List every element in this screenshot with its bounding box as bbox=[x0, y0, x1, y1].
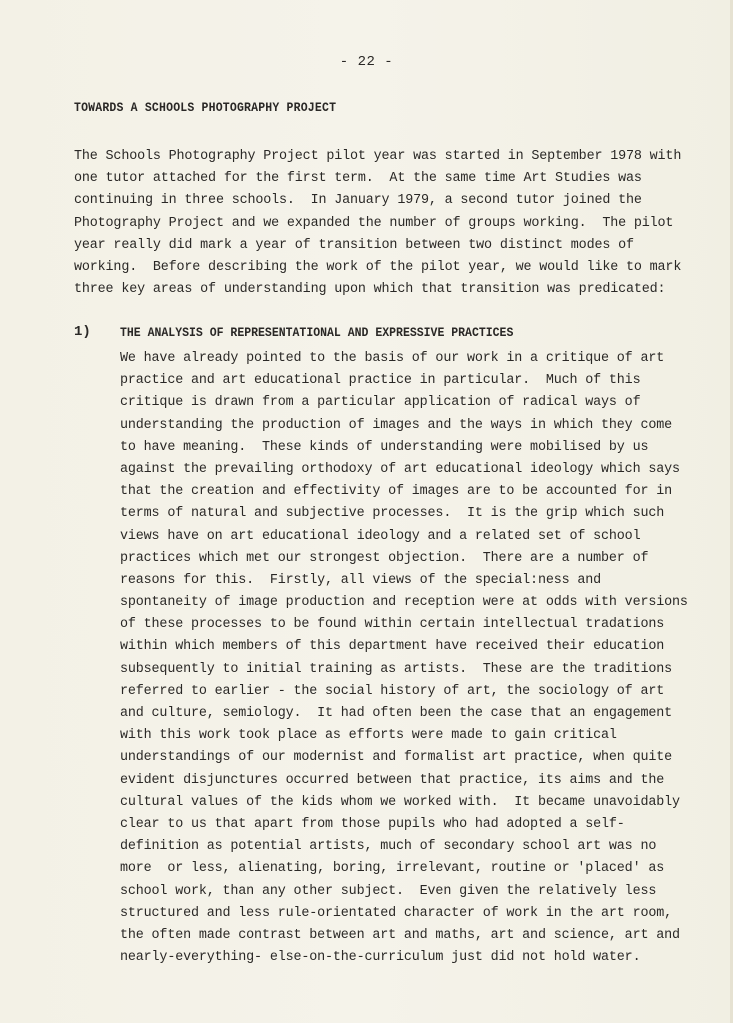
text-line: definition as potential artists, much of… bbox=[120, 836, 680, 858]
text-line: reasons for this. Firstly, all views of … bbox=[120, 570, 680, 592]
text-line: spontaneity of image production and rece… bbox=[120, 592, 680, 614]
text-line: practices which met our strongest object… bbox=[120, 548, 680, 570]
text-line: that the creation and effectivity of ima… bbox=[120, 481, 680, 503]
section-title: THE ANALYSIS OF REPRESENTATIONAL AND EXP… bbox=[120, 326, 513, 340]
page-number: - 22 - bbox=[0, 54, 733, 70]
text-line: school work, than any other subject. Eve… bbox=[120, 881, 680, 903]
text-line: views have on art educational ideology a… bbox=[120, 526, 680, 548]
text-line: understanding the production of images a… bbox=[120, 415, 680, 437]
text-line: nearly-everything- else-on-the-curriculu… bbox=[120, 947, 680, 969]
text-line: clear to us that apart from those pupils… bbox=[120, 814, 680, 836]
text-line: terms of natural and subjective processe… bbox=[120, 503, 680, 525]
text-line: practice and art educational practice in… bbox=[120, 370, 680, 392]
text-line: three key areas of understanding upon wh… bbox=[74, 279, 674, 301]
document-page: - 22 - TOWARDS A SCHOOLS PHOTOGRAPHY PRO… bbox=[0, 0, 733, 1023]
page-heading: TOWARDS A SCHOOLS PHOTOGRAPHY PROJECT bbox=[74, 101, 336, 115]
text-line: continuing in three schools. In January … bbox=[74, 190, 674, 212]
text-line: working. Before describing the work of t… bbox=[74, 257, 674, 279]
text-line: referred to earlier - the social history… bbox=[120, 681, 680, 703]
text-line: cultural values of the kids whom we work… bbox=[120, 792, 680, 814]
text-line: understandings of our modernist and form… bbox=[120, 747, 680, 769]
text-line: We have already pointed to the basis of … bbox=[120, 348, 680, 370]
text-line: Photography Project and we expanded the … bbox=[74, 213, 674, 235]
text-line: against the prevailing orthodoxy of art … bbox=[120, 459, 680, 481]
text-line: structured and less rule-orientated char… bbox=[120, 903, 680, 925]
text-line: of these processes to be found within ce… bbox=[120, 614, 680, 636]
text-line: one tutor attached for the first term. A… bbox=[74, 168, 674, 190]
text-line: the often made contrast between art and … bbox=[120, 925, 680, 947]
text-line: The Schools Photography Project pilot ye… bbox=[74, 146, 674, 168]
text-line: to have meaning. These kinds of understa… bbox=[120, 437, 680, 459]
text-line: subsequently to initial training as arti… bbox=[120, 659, 680, 681]
section-number: 1) bbox=[74, 324, 91, 340]
section-body: We have already pointed to the basis of … bbox=[120, 348, 680, 969]
text-line: within which members of this department … bbox=[120, 636, 680, 658]
intro-paragraph: The Schools Photography Project pilot ye… bbox=[74, 146, 674, 301]
text-line: and culture, semiology. It had often bee… bbox=[120, 703, 680, 725]
text-line: year really did mark a year of transitio… bbox=[74, 235, 674, 257]
text-line: more or less, alienating, boring, irrele… bbox=[120, 858, 680, 880]
text-line: with this work took place as efforts wer… bbox=[120, 725, 680, 747]
text-line: critique is drawn from a particular appl… bbox=[120, 392, 680, 414]
text-line: evident disjunctures occurred between th… bbox=[120, 770, 680, 792]
